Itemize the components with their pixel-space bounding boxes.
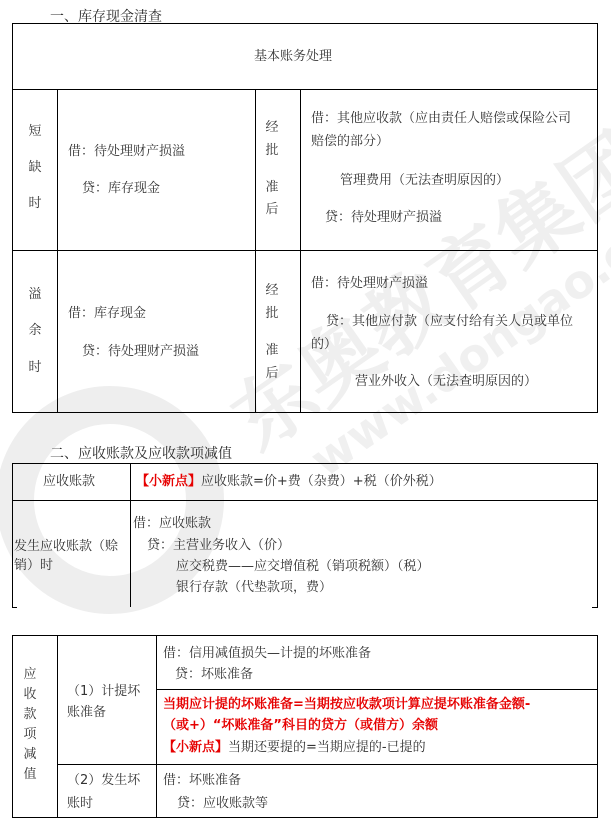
entry-credit: 贷：待处理财产损溢 (82, 343, 199, 360)
provision-label-line: （1）计提坏 (67, 683, 140, 700)
table3-col-divider-1 (57, 635, 58, 818)
approval-char: 准 (264, 180, 280, 196)
formula-text: 应收账款=价+费（杂费）+税（价外税） (201, 474, 442, 489)
table1-border-left (12, 23, 13, 413)
credit-sale-label-line: 销）时 (14, 557, 53, 574)
table1-col-divider-2 (255, 89, 256, 412)
credit-sale-entry-line: 应交税费——应交增值税（销项税额）（税） (176, 558, 430, 575)
table1-border-bottom (12, 412, 598, 413)
impairment-label-char: 款 (22, 707, 38, 723)
table3-col-divider-2 (156, 635, 157, 818)
table1-col-divider-1 (57, 89, 58, 412)
receivable-label: 应收账款 (43, 473, 95, 490)
new-point-tag: 【小新点】 (136, 474, 201, 489)
approval-char: 经 (264, 120, 280, 136)
approval-char: 准 (264, 343, 280, 359)
after-approval-line: 营业外收入（无法查明原因的） (355, 373, 537, 390)
impairment-label-char: 收 (22, 687, 38, 703)
impairment-label-char: 项 (22, 727, 38, 743)
approval-char: 批 (264, 306, 280, 322)
row-label-char: 余 (27, 323, 43, 339)
provision-formula-line: （或+）“坏账准备”科目的贷方（或借方）余额 (163, 717, 438, 734)
table1-header-divider (12, 89, 598, 90)
table1-header: 基本账务处理 (254, 48, 332, 65)
table2-col-divider (130, 463, 131, 607)
table3-border-right (597, 635, 598, 818)
after-approval-line: 借：其他应收款（应由责任人赔偿或保险公司 (311, 110, 571, 127)
provision-formula-line: 当期应计提的坏账准备=当期按应收款项计算应提坏账准备金额- (163, 696, 530, 713)
credit-sale-entry-line: 借：应收账款 (133, 515, 211, 532)
row-label-char: 短 (27, 124, 43, 140)
table2-corner-left (12, 607, 17, 608)
table2-border-top (12, 463, 598, 464)
row-label-char: 溢 (27, 287, 43, 303)
after-approval-line: 贷：待处理财产损溢 (325, 209, 442, 226)
table2-border-left (12, 463, 13, 608)
bad-debt-label-line: 账时 (67, 795, 93, 812)
bad-debt-entry-line: 贷：应收账款等 (177, 795, 268, 812)
entry-debit: 借：库存现金 (68, 305, 146, 322)
note-text: 当期还要提的=当期应提的-已提的 (228, 740, 426, 755)
row-label-char: 时 (27, 196, 43, 212)
provision-entry-line: 借：信用减值损失—计提的坏账准备 (163, 645, 371, 662)
impairment-label-char: 应 (22, 667, 38, 683)
provision-entry-line: 贷：坏账准备 (175, 666, 253, 683)
table1-border-right (597, 23, 598, 413)
table2-corner-right (592, 607, 598, 608)
approval-char: 后 (264, 366, 280, 382)
receivable-formula: 【小新点】应收账款=价+费（杂费）+税（价外税） (136, 473, 442, 490)
table3-entry-divider (156, 689, 598, 690)
table1-border-top (12, 23, 598, 24)
table3-border-top (12, 635, 598, 636)
credit-sale-entry-line: 贷：主营业务收入（价） (147, 537, 290, 554)
new-point-tag: 【小新点】 (163, 740, 228, 755)
after-approval-line: 的） (311, 336, 337, 353)
credit-sale-entry-line: 银行存款（代垫款项，费） (176, 579, 332, 596)
table3-border-left (12, 635, 13, 818)
row-label-char: 缺 (27, 160, 43, 176)
after-approval-line: 管理费用（无法查明原因的） (340, 172, 509, 189)
table3-row-divider (57, 764, 598, 765)
approval-char: 后 (264, 202, 280, 218)
approval-char: 批 (264, 143, 280, 159)
section2-heading: 二、应收账款及应收款项减值 (50, 443, 232, 463)
table3-border-bottom (12, 817, 598, 818)
after-approval-line: 贷：其他应付款（应支付给有关人员或单位 (326, 313, 573, 330)
bad-debt-label-line: （2）发生坏 (67, 772, 140, 789)
table2-row-divider (12, 500, 598, 501)
table2-border-right (597, 463, 598, 608)
impairment-label-char: 减 (22, 747, 38, 763)
impairment-label-char: 值 (22, 767, 38, 783)
table1-col-divider-3 (300, 89, 301, 412)
provision-label-line: 账准备 (67, 704, 106, 721)
provision-note: 【小新点】当期还要提的=当期应提的-已提的 (163, 739, 426, 756)
approval-char: 经 (264, 283, 280, 299)
table1-row-divider (12, 250, 598, 251)
after-approval-line: 赔偿的部分） (311, 133, 389, 150)
credit-sale-label-line: 发生应收账款（赊 (14, 538, 118, 555)
entry-debit: 借：待处理财产损溢 (68, 143, 185, 160)
row-label-char: 时 (27, 360, 43, 376)
after-approval-line: 借：待处理财产损溢 (311, 275, 428, 292)
entry-credit: 贷：库存现金 (82, 180, 160, 197)
bad-debt-entry-line: 借：坏账准备 (163, 772, 241, 789)
